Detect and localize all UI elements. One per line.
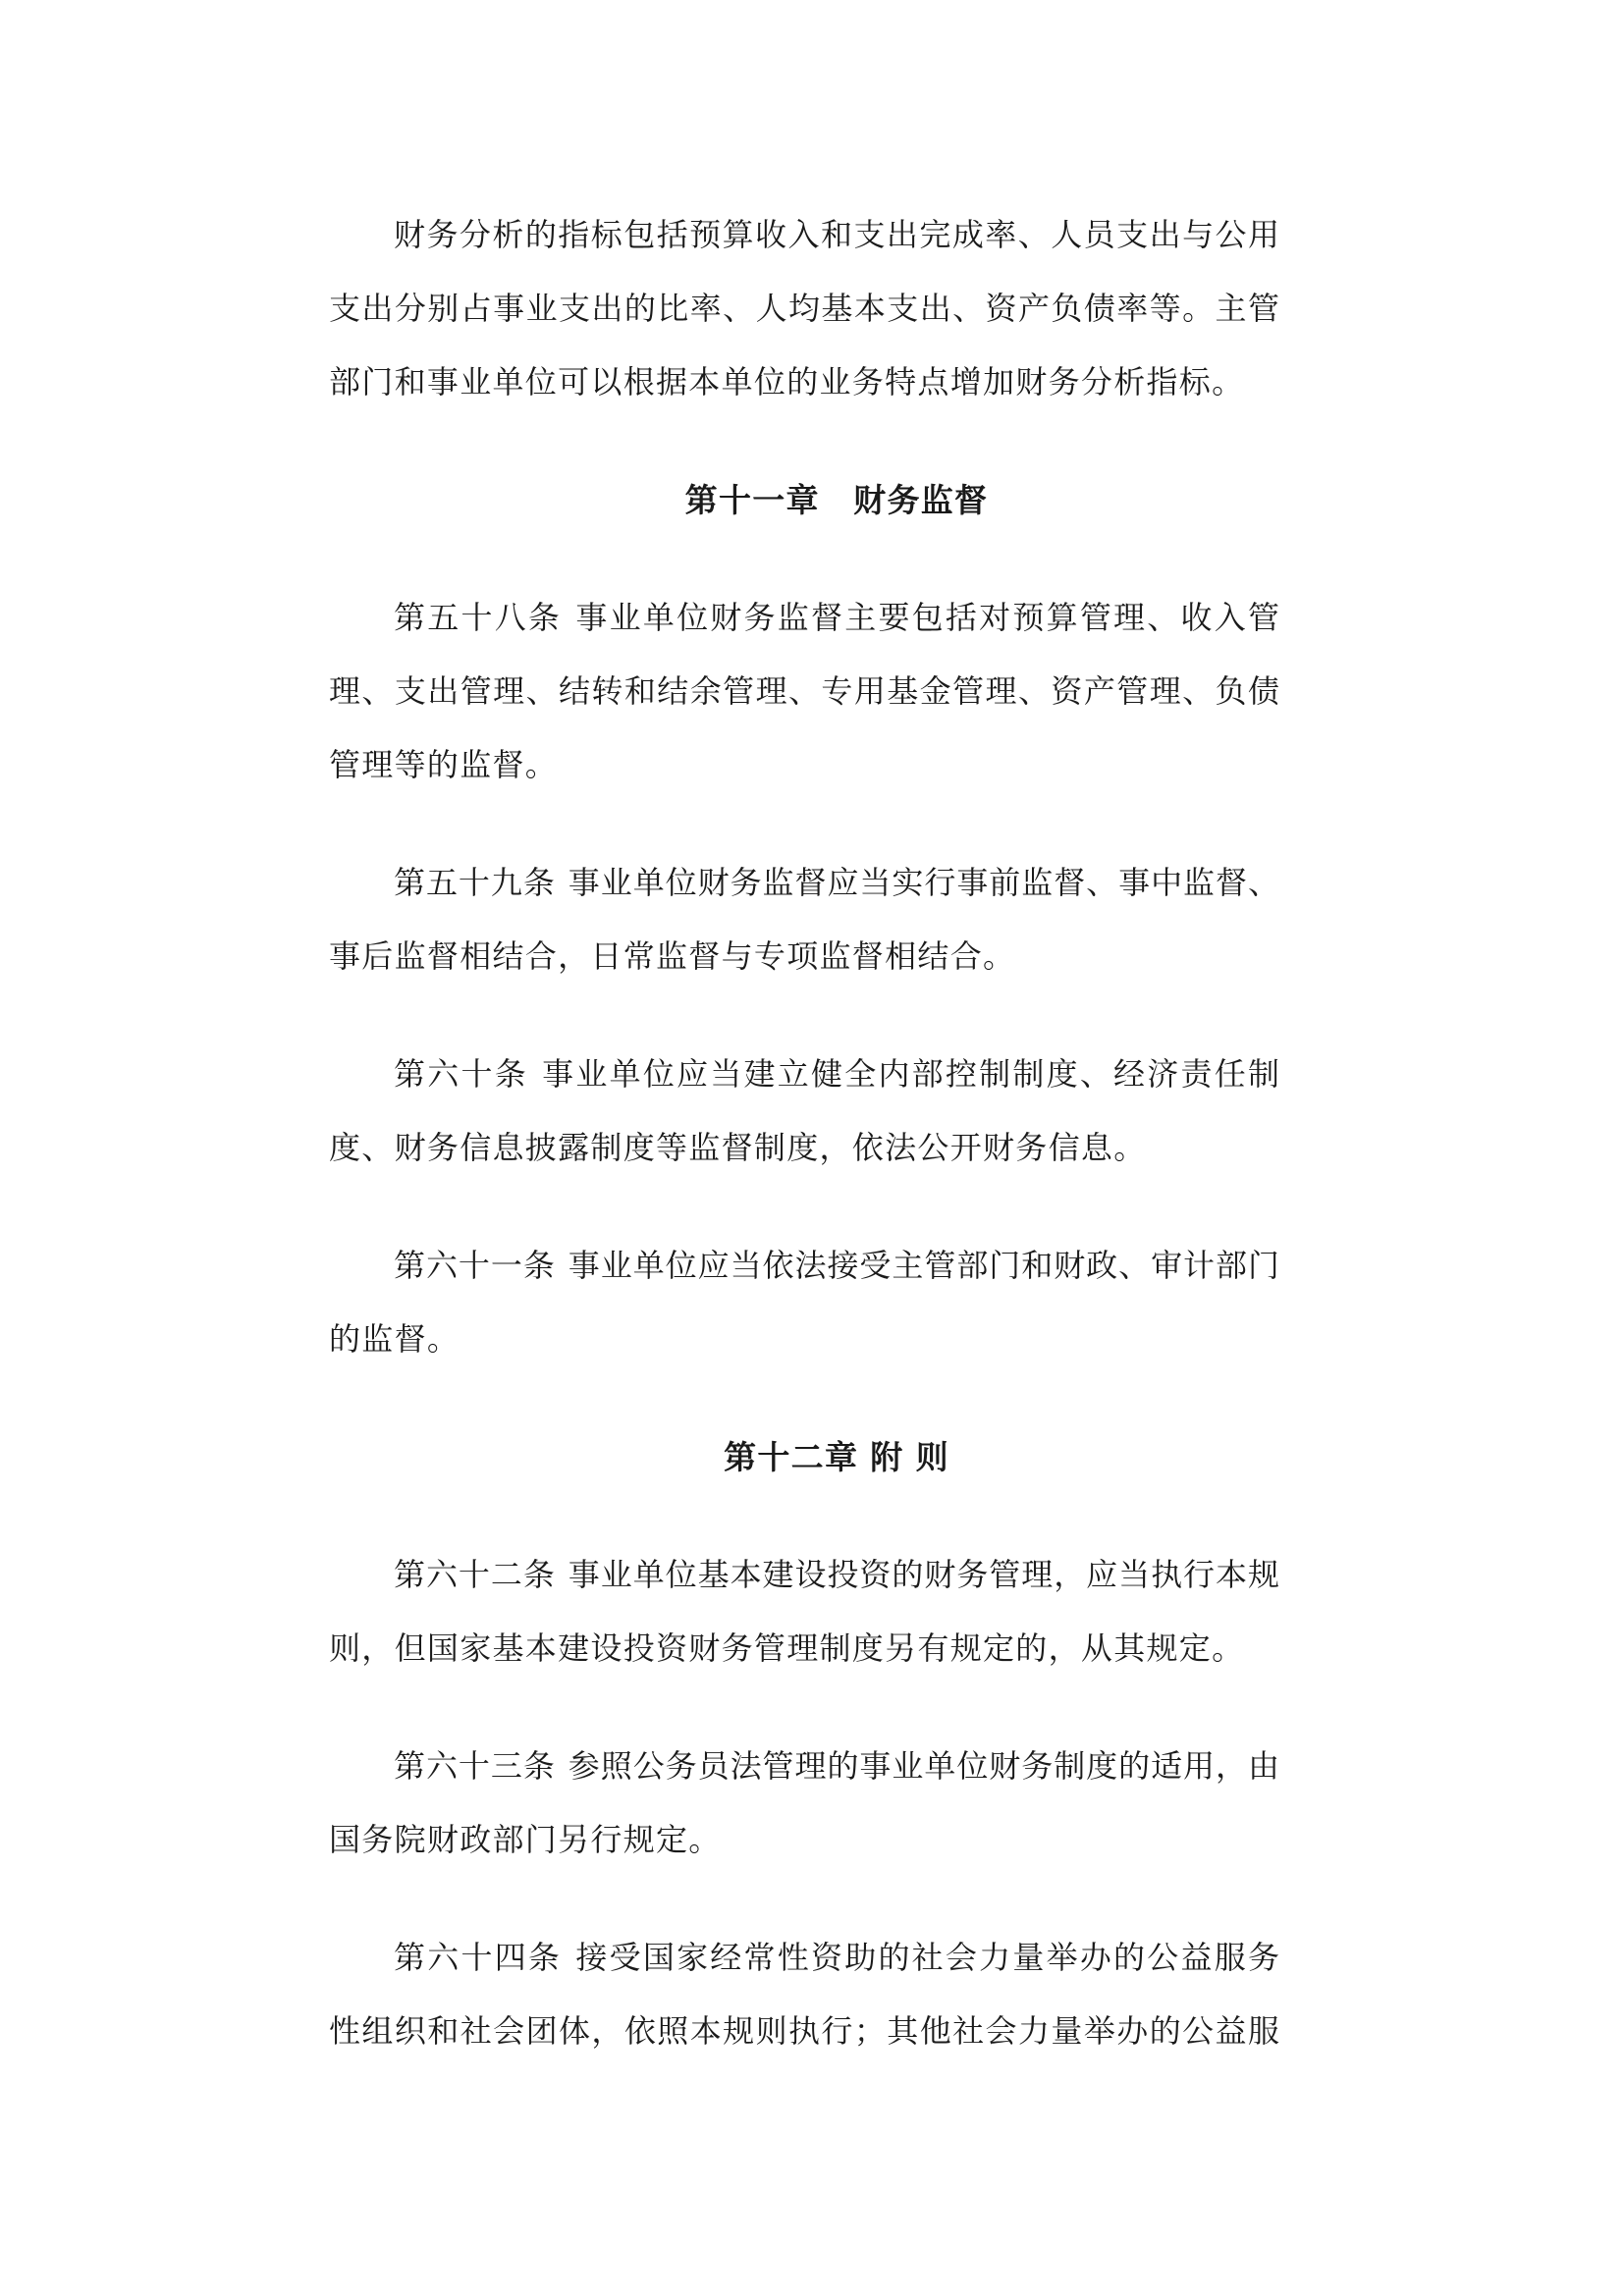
- article-61: 第六十一条事业单位应当依法接受主管部门和财政、审计部门的监督。: [329, 1229, 1279, 1376]
- text-line: 的监督。: [329, 1303, 1279, 1376]
- document-page: 财务分析的指标包括预算收入和支出完成率、人员支出与公用支出分别占事业支出的比率、…: [0, 0, 1624, 2296]
- article-60: 第六十条事业单位应当建立健全内部控制制度、经济责任制度、财务信息披露制度等监督制…: [329, 1038, 1279, 1185]
- article-63: 第六十三条参照公务员法管理的事业单位财务制度的适用，由国务院财政部门另行规定。: [329, 1730, 1279, 1877]
- chapter-11-heading-text: 第十一章 财务监督: [329, 463, 1279, 537]
- text-line: 度、财务信息披露制度等监督制度，依法公开财务信息。: [329, 1111, 1279, 1185]
- document-content: 财务分析的指标包括预算收入和支出完成率、人员支出与公用支出分别占事业支出的比率、…: [0, 0, 1624, 2068]
- article-58: 第五十八条事业单位财务监督主要包括对预算管理、收入管理、支出管理、结转和结余管理…: [329, 581, 1279, 802]
- chapter-12-heading-text: 第十二章附则: [329, 1420, 1279, 1494]
- para-financial-analysis-indicators: 财务分析的指标包括预算收入和支出完成率、人员支出与公用支出分别占事业支出的比率、…: [329, 198, 1279, 419]
- text-line: 则，但国家基本建设投资财务管理制度另有规定的，从其规定。: [329, 1612, 1279, 1685]
- text-line: 第六十一条事业单位应当依法接受主管部门和财政、审计部门: [329, 1229, 1279, 1303]
- text-line: 第六十四条接受国家经常性资助的社会力量举办的公益服务: [329, 1921, 1279, 1995]
- article-59: 第五十九条事业单位财务监督应当实行事前监督、事中监督、事后监督相结合，日常监督与…: [329, 846, 1279, 993]
- text-line: 部门和事业单位可以根据本单位的业务特点增加财务分析指标。: [329, 346, 1279, 419]
- text-line: 理、支出管理、结转和结余管理、专用基金管理、资产管理、负债: [329, 655, 1279, 728]
- text-line: 第六十二条事业单位基本建设投资的财务管理，应当执行本规: [329, 1538, 1279, 1612]
- text-line: 事后监督相结合，日常监督与专项监督相结合。: [329, 920, 1279, 993]
- text-line: 国务院财政部门另行规定。: [329, 1803, 1279, 1877]
- text-line: 支出分别占事业支出的比率、人均基本支出、资产负债率等。主管: [329, 272, 1279, 346]
- text-line: 第五十九条事业单位财务监督应当实行事前监督、事中监督、: [329, 846, 1279, 920]
- text-line: 财务分析的指标包括预算收入和支出完成率、人员支出与公用: [329, 198, 1279, 272]
- text-line: 第六十三条参照公务员法管理的事业单位财务制度的适用，由: [329, 1730, 1279, 1803]
- text-line: 第六十条事业单位应当建立健全内部控制制度、经济责任制: [329, 1038, 1279, 1111]
- chapter-12-heading: 第十二章附则: [329, 1420, 1279, 1494]
- text-line: 性组织和社会团体，依照本规则执行；其他社会力量举办的公益服: [329, 1995, 1279, 2068]
- text-line: 管理等的监督。: [329, 728, 1279, 802]
- article-62: 第六十二条事业单位基本建设投资的财务管理，应当执行本规则，但国家基本建设投资财务…: [329, 1538, 1279, 1685]
- chapter-11-heading: 第十一章 财务监督: [329, 463, 1279, 537]
- text-line: 第五十八条事业单位财务监督主要包括对预算管理、收入管: [329, 581, 1279, 655]
- article-64: 第六十四条接受国家经常性资助的社会力量举办的公益服务性组织和社会团体，依照本规则…: [329, 1921, 1279, 2068]
